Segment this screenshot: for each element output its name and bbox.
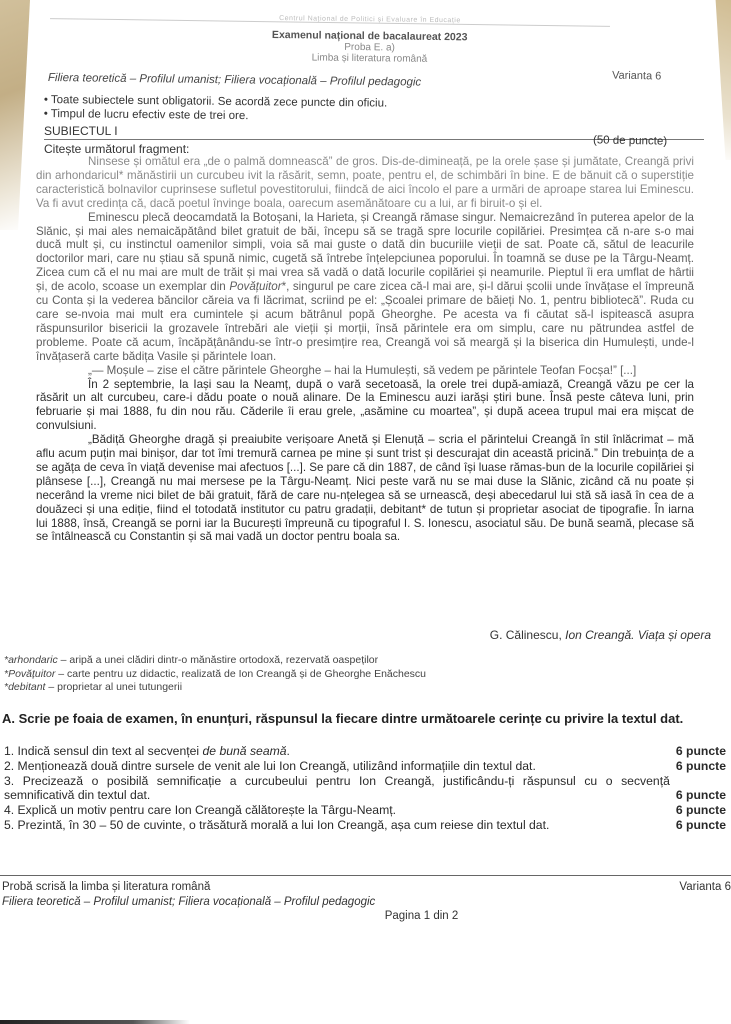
paragraph: „Bădiță Gheorghe dragă și preaiubite ver… — [36, 433, 694, 544]
subiect-points: (50 de puncte) — [593, 134, 667, 147]
task-a-heading: A. Scrie pe foaia de examen, în enunțuri… — [2, 711, 718, 727]
task-item: 1. Indică sensul din text al secvenței d… — [4, 744, 726, 759]
task-item: 3. Precizează o posibilă semnificație a … — [4, 774, 726, 804]
exam-page: Centrul Național de Politici și Evaluare… — [0, 0, 731, 1024]
task-points: 6 puncte — [676, 788, 726, 803]
footnote: *Povățuitor – carte pentru uz didactic, … — [4, 668, 426, 682]
task-points: 6 puncte — [676, 759, 726, 774]
task-points: 6 puncte — [676, 744, 726, 759]
footer-rule — [0, 875, 731, 876]
page-number: Pagina 1 din 2 — [57, 909, 731, 924]
task-points: 6 puncte — [676, 803, 726, 818]
task-item: 2. Menționează două dintre sursele de ve… — [4, 759, 726, 774]
filiera-line: Filiera teoretică – Profilul umanist; Fi… — [48, 72, 678, 92]
paragraph: Eminescu plecă deocamdată la Botoșani, l… — [36, 211, 694, 364]
page-footer: Probă scrisă la limba și literatura româ… — [2, 880, 731, 924]
footer-proba: Probă scrisă la limba și literatura româ… — [2, 880, 731, 895]
task-list: 1. Indică sensul din text al secvenței d… — [4, 744, 726, 833]
source-citation: G. Călinescu, Ion Creangă. Viața și oper… — [490, 628, 711, 642]
task-points: 6 puncte — [676, 818, 726, 833]
footer-filiera: Filiera teoretică – Profilul umanist; Fi… — [2, 895, 731, 910]
footnotes: *arhondaric – aripă a unei clădiri dintr… — [4, 654, 426, 695]
instructions-list: • Toate subiectele sunt obligatorii. Se … — [44, 93, 644, 127]
paragraph: Ninsese și omătul era „de o palmă domnea… — [36, 155, 694, 211]
paragraph: În 2 septembrie, la Iași sau la Neamț, d… — [36, 378, 694, 434]
footer-variant: Varianta 6 — [679, 880, 731, 895]
task-item: 5. Prezintă, în 30 – 50 de cuvinte, o tr… — [4, 818, 726, 833]
read-instruction: Citește următorul fragment: — [44, 142, 684, 156]
fragment-text: Ninsese și omătul era „de o palmă domnea… — [36, 155, 694, 544]
footnote: *arhondaric – aripă a unei clădiri dintr… — [4, 654, 426, 668]
paragraph: „— Moșule – zise el către părintele Gheo… — [36, 364, 694, 378]
footnote: *debitant – proprietar al unei tutungeri… — [4, 681, 426, 695]
task-item: 4. Explică un motiv pentru care Ion Crea… — [4, 803, 726, 818]
exam-header: Centrul Național de Politici și Evaluare… — [29, 12, 710, 68]
subiect-section: SUBIECTUL I (50 de puncte) Citește următ… — [44, 124, 684, 156]
